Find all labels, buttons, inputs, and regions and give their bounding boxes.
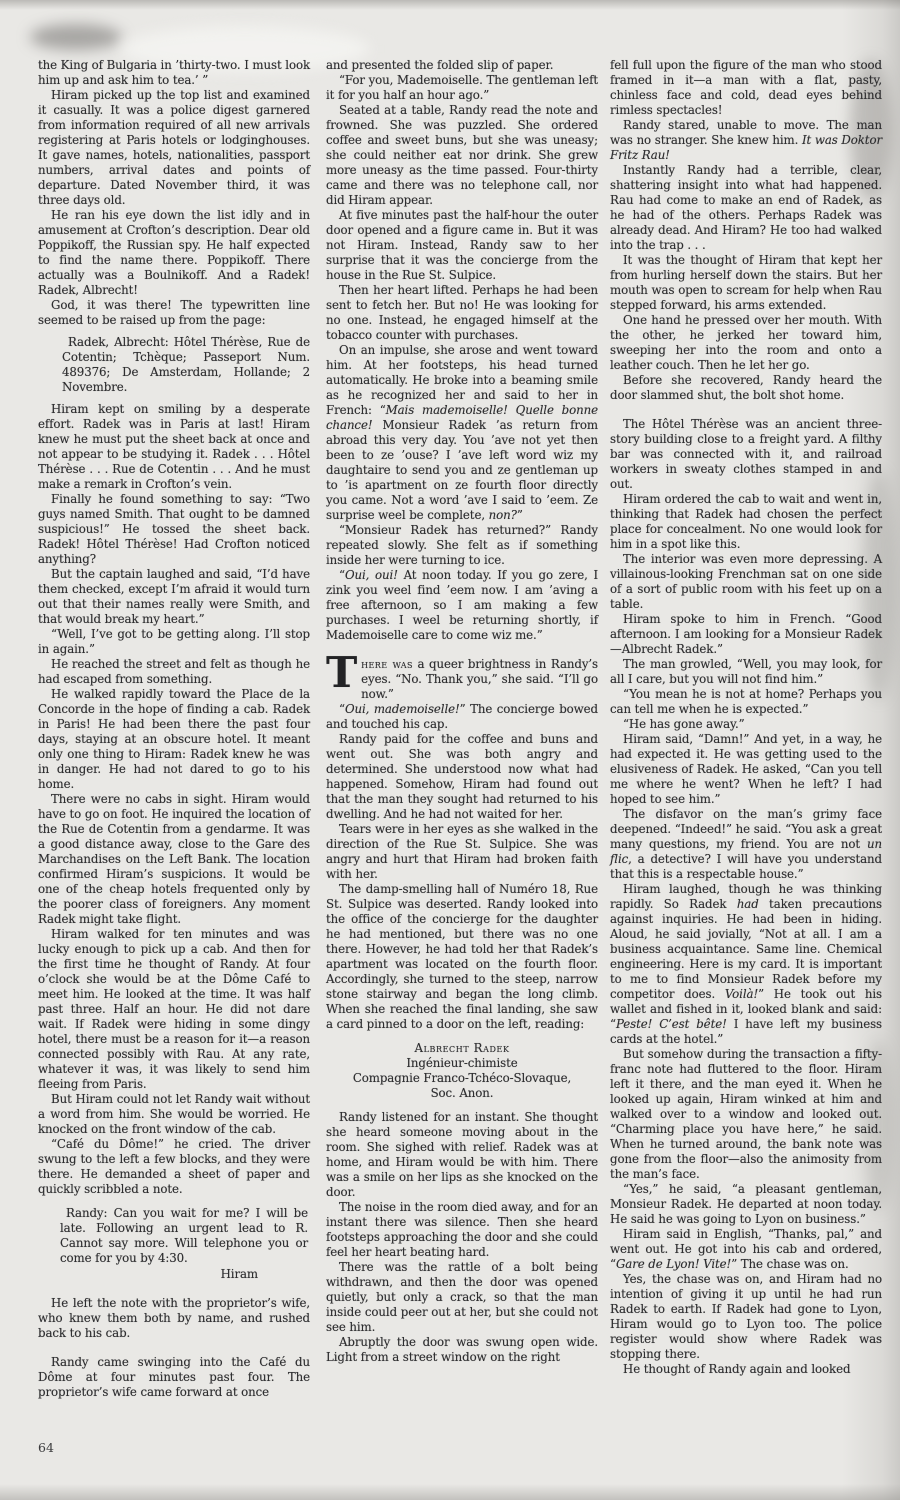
- paragraph: One hand he pressed over her mouth. With…: [610, 313, 882, 373]
- paragraph: He walked rapidly toward the Place de la…: [38, 687, 310, 792]
- scan-top-edge-shadow: [0, 0, 900, 10]
- paragraph: There were no cabs in sight. Hiram would…: [38, 792, 310, 927]
- paragraph: The noise in the room died away, and for…: [326, 1200, 598, 1260]
- door-card: Albrecht RadekIngénieur-chimisteCompagni…: [326, 1041, 598, 1101]
- paragraph: But the captain laughed and said, “I’d h…: [38, 567, 310, 627]
- paragraph: Abruptly the door was swung open wide. L…: [326, 1335, 598, 1365]
- paragraph: It was the thought of Hiram that kept he…: [610, 253, 882, 313]
- door-card-line: Ingénieur-chimiste: [326, 1056, 598, 1071]
- paragraph: There was the rattle of a bolt being wit…: [326, 1260, 598, 1335]
- text-column-middle: and presented the folded slip of paper.“…: [326, 58, 598, 1365]
- paragraph: The disfavor on the man’s grimy face dee…: [610, 807, 882, 882]
- page-number: 64: [38, 1440, 54, 1455]
- paragraph: Tears were in her eyes as she walked in …: [326, 822, 598, 882]
- smallcaps-lead: here was: [361, 657, 413, 671]
- paragraph: Hiram laughed, though he was thinking ra…: [610, 882, 882, 1047]
- paragraph: “Well, I’ve got to be getting along. I’l…: [38, 627, 310, 657]
- paragraph: fell full upon the figure of the man who…: [610, 58, 882, 118]
- paragraph: Randy stared, unable to move. The man wa…: [610, 118, 882, 163]
- paragraph: Yes, the chase was on, and Hiram had no …: [610, 1272, 882, 1362]
- paragraph: and presented the folded slip of paper.: [326, 58, 598, 73]
- paragraph: Before she recovered, Randy heard the do…: [610, 373, 882, 403]
- door-card-line: Soc. Anon.: [326, 1086, 598, 1101]
- paragraph: God, it was there! The typewritten line …: [38, 298, 310, 328]
- paragraph: He ran his eye down the list idly and in…: [38, 208, 310, 298]
- passport-register-entry: Radek, Albrecht: Hôtel Thérèse, Rue de C…: [62, 335, 310, 395]
- text-column-left: the King of Bulgaria in ’thirty-two. I m…: [38, 58, 310, 1400]
- paragraph: Hiram said in English, “Thanks, pal,” an…: [610, 1227, 882, 1272]
- paragraph: Randy came swinging into the Café du Dôm…: [38, 1355, 310, 1400]
- paragraph: He thought of Randy again and looked: [610, 1362, 882, 1377]
- scan-smudge: [30, 24, 122, 50]
- drop-cap: T: [326, 658, 357, 688]
- text-column-right: fell full upon the figure of the man who…: [610, 58, 882, 1377]
- paragraph: Finally he found something to say: “Two …: [38, 492, 310, 567]
- paragraph: Hiram kept on smiling by a desperate eff…: [38, 402, 310, 492]
- paragraph: “He has gone away.”: [610, 717, 882, 732]
- paragraph: But Hiram could not let Randy wait witho…: [38, 1092, 310, 1137]
- paragraph: “Oui, oui! At noon today. If you go zere…: [326, 568, 598, 643]
- door-card-line: Compagnie Franco-Tchéco-Slovaque,: [326, 1071, 598, 1086]
- paragraph: Hiram walked for ten minutes and was luc…: [38, 927, 310, 1092]
- paragraph: Randy paid for the coffee and buns and w…: [326, 732, 598, 822]
- paragraph: He reached the street and felt as though…: [38, 657, 310, 687]
- paragraph: “Yes,” he said, “a pleasant gentleman, M…: [610, 1182, 882, 1227]
- paragraph: Then her heart lifted. Perhaps he had be…: [326, 283, 598, 343]
- paragraph: “You mean he is not at home? Perhaps you…: [610, 687, 882, 717]
- paragraph: Instantly Randy had a terrible, clear, s…: [610, 163, 882, 253]
- paragraph: The Hôtel Thérèse was an ancient three-s…: [610, 417, 882, 492]
- paragraph: He left the note with the proprietor’s w…: [38, 1296, 310, 1341]
- note-to-randy: Randy: Can you wait for me? I will be la…: [60, 1206, 308, 1266]
- paragraph: Hiram said, “Damn!” And yet, in a way, h…: [610, 732, 882, 807]
- paragraph: “Oui, mademoiselle!” The concierge bowed…: [326, 702, 598, 732]
- paragraph: Hiram spoke to him in French. “Good afte…: [610, 612, 882, 657]
- note-signature: Hiram: [38, 1267, 310, 1282]
- paragraph: But somehow during the transaction a fif…: [610, 1047, 882, 1182]
- paragraph: “Monsieur Radek has returned?” Randy rep…: [326, 523, 598, 568]
- paragraph: “For you, Mademoiselle. The gentleman le…: [326, 73, 598, 103]
- paragraph: Hiram ordered the cab to wait and went i…: [610, 492, 882, 552]
- paragraph: The interior was even more depressing. A…: [610, 552, 882, 612]
- paragraph: Hiram picked up the top list and examine…: [38, 88, 310, 208]
- paragraph: At five minutes past the half-hour the o…: [326, 208, 598, 283]
- paragraph: the King of Bulgaria in ’thirty-two. I m…: [38, 58, 310, 88]
- paragraph: The damp-smelling hall of Numéro 18, Rue…: [326, 882, 598, 1032]
- section-opening-paragraph: There was a queer brightness in Randy’s …: [326, 657, 598, 702]
- paragraph: “Café du Dôme!” he cried. The driver swu…: [38, 1137, 310, 1197]
- scanned-book-page: the King of Bulgaria in ’thirty-two. I m…: [0, 0, 900, 1500]
- paragraph: The man growled, “Well, you may look, fo…: [610, 657, 882, 687]
- paragraph: Seated at a table, Randy read the note a…: [326, 103, 598, 208]
- door-card-line: Albrecht Radek: [326, 1041, 598, 1056]
- paragraph: On an impulse, she arose and went toward…: [326, 343, 598, 523]
- paragraph: Randy listened for an instant. She thoug…: [326, 1110, 598, 1200]
- scan-bottom-edge-shadow: [0, 1484, 900, 1500]
